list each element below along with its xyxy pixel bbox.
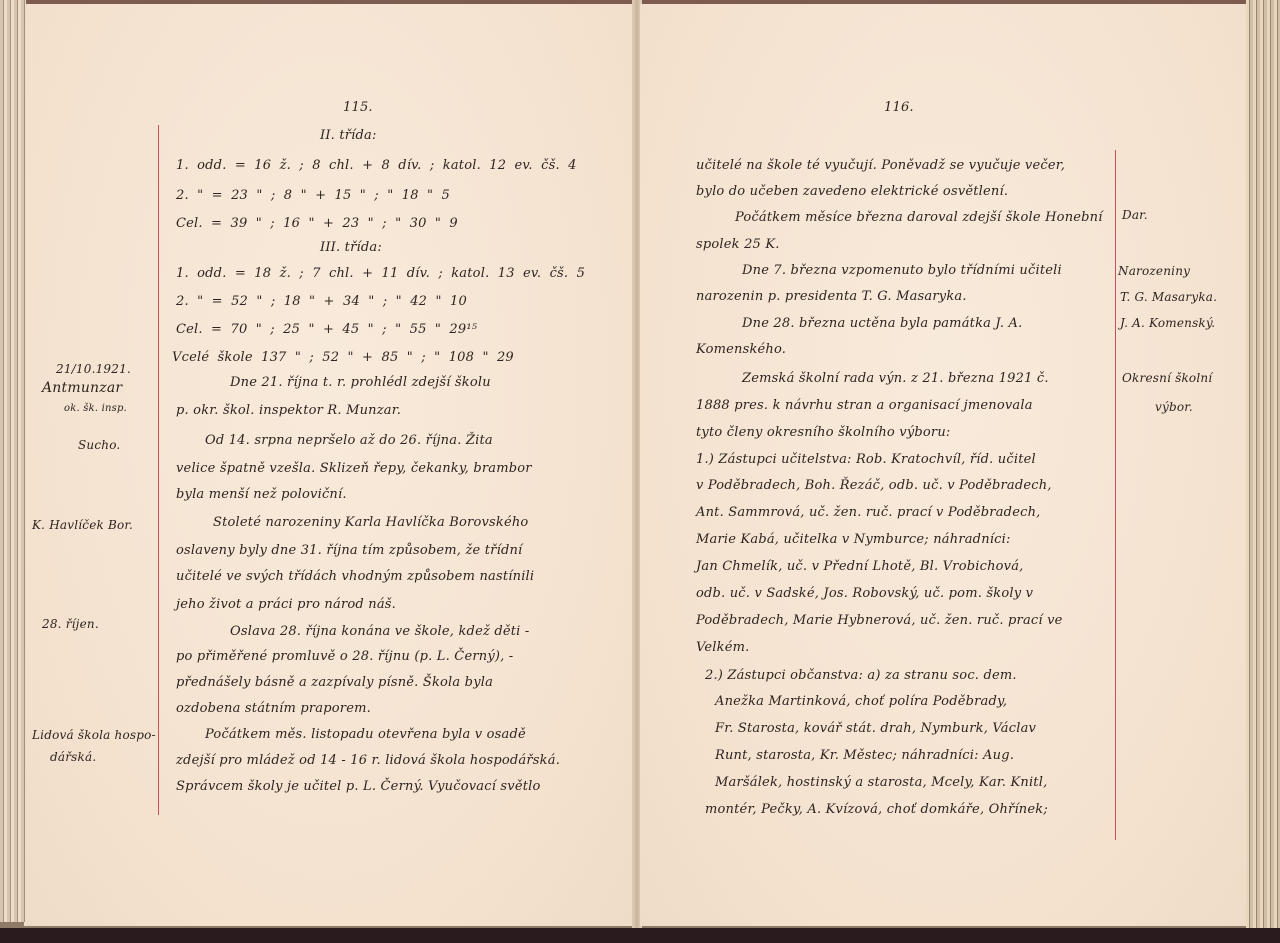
margin-note-inspector: ok. šk. insp. [64,403,127,414]
class-III-heading: III. třída: [320,240,382,255]
text-line: Poděbradech, Marie Hybnerová, uč. žen. r… [696,613,1063,628]
margin-note-date: 21/10.1921. [56,362,131,376]
background-bottom [0,928,1280,943]
margin-note-havlicek: K. Havlíček Bor. [32,518,133,532]
text-line: Dne 21. října t. r. prohlédl zdejší škol… [230,375,491,390]
table-row: Cel. = 39 " ; 16 " + 23 " ; " 30 " 9 [176,216,458,231]
margin-note-district-school: Okresní školní [1122,371,1212,385]
text-line: byla menší než poloviční. [176,487,347,502]
text-line: odb. uč. v Sadské, Jos. Robovský, uč. po… [696,586,1033,601]
text-line: Počátkem měsíce března daroval zdejší šk… [735,210,1103,225]
text-line: 1.) Zástupci učitelstva: Rob. Kratochvíl… [696,452,1036,467]
table-row: 2. " = 52 " ; 18 " + 34 " ; " 42 " 10 [176,294,467,309]
open-book: 115. II. třída: 1. odd. = 16 ž. ; 8 chl.… [0,0,1280,928]
margin-note-komensky: J. A. Komenský. [1120,316,1215,330]
text-line: bylo do učeben zavedeno elektrické osvět… [696,184,1008,199]
text-line: Jan Chmelík, uč. v Přední Lhotě, Bl. Vro… [696,559,1024,574]
margin-note-signature: Antmunzar [42,380,122,396]
text-line: montér, Pečky, A. Kvízová, choť domkáře,… [705,802,1048,817]
text-line: tyto členy okresního školního výboru: [696,425,950,440]
text-line: přednášely básně a zazpívaly písně. Škol… [176,675,493,690]
right-page-edges [1246,0,1280,928]
table-row: 2. " = 23 " ; 8 " + 15 " ; " 18 " 5 [176,188,450,203]
text-line: Fr. Starosta, kovář stát. drah, Nymburk,… [715,721,1036,736]
text-line: Stoleté narozeniny Karla Havlíčka Borovs… [213,515,528,530]
text-line: 2.) Zástupci občanstva: a) za stranu soc… [705,668,1017,683]
right-page-margin-rule [1115,150,1116,840]
text-line: velice špatně vzešla. Sklizeň řepy, čeka… [176,461,532,476]
left-page-edges [0,0,26,922]
text-line: Dne 28. března uctěna byla památka J. A. [742,316,1022,331]
text-line: p. okr. škol. inspektor R. Munzar. [176,403,401,418]
margin-note-masaryk: T. G. Masaryka. [1120,290,1217,304]
text-line: Oslava 28. října konána ve škole, kdež d… [230,624,529,639]
page-number-right: 116. [884,100,914,115]
text-line: Komenského. [696,342,786,357]
margin-note-committee: výbor. [1155,400,1193,414]
text-line: Od 14. srpna nepršelo až do 26. října. Ž… [205,433,493,448]
text-line: ozdobena státním praporem. [176,701,371,716]
margin-note-folk-school-cont: dářská. [50,750,96,764]
text-line: Maršálek, hostinský a starosta, Mcely, K… [715,775,1047,790]
left-page-margin-rule [158,125,159,815]
text-line: v Poděbradech, Boh. Řezáč, odb. uč. v Po… [696,478,1052,493]
text-line: učitelé na škole té vyučují. Poněvadž se… [696,158,1065,173]
table-row: 1. odd. = 16 ž. ; 8 chl. + 8 dív. ; kato… [176,158,577,173]
text-line: oslaveny byly dne 31. října tím způsobem… [176,543,522,558]
page-number-left: 115. [343,100,373,115]
margin-note-birthday: Narozeniny [1118,264,1190,278]
margin-note-drought: Sucho. [78,438,120,452]
text-line: Anežka Martinková, choť políra Poděbrady… [715,694,1007,709]
table-row: Cel. = 70 " ; 25 " + 45 " ; " 55 " 29¹⁵ [176,322,477,337]
text-line: spolek 25 K. [696,237,780,252]
text-line: narozenin p. presidenta T. G. Masaryka. [696,289,967,304]
text-line: Počátkem měs. listopadu otevřena byla v … [205,727,526,742]
text-line: jeho život a práci pro národ náš. [176,597,396,612]
class-II-heading: II. třída: [320,128,377,143]
table-row: Vcelé škole 137 " ; 52 " + 85 " ; " 108 … [172,350,514,365]
margin-note-folk-school: Lidová škola hospo- [32,728,156,742]
text-line: učitelé ve svých třídách vhodným způsobe… [176,569,534,584]
table-row: 1. odd. = 18 ž. ; 7 chl. + 11 dív. ; kat… [176,266,585,281]
text-line: Runt, starosta, Kr. Městec; náhradníci: … [715,748,1014,763]
text-line: po přiměřené promluvě o 28. říjnu (p. L.… [176,649,513,664]
text-line: Ant. Sammrová, uč. žen. ruč. prací v Pod… [696,505,1040,520]
text-line: Marie Kabá, učitelka v Nymburce; náhradn… [696,532,1011,547]
text-line: zdejší pro mládež od 14 - 16 r. lidová š… [176,753,560,768]
text-line: Dne 7. března vzpomenuto bylo třídními u… [742,263,1062,278]
text-line: Správcem školy je učitel p. L. Černý. Vy… [176,779,541,794]
text-line: 1888 pres. k návrhu stran a organisací j… [696,398,1033,413]
text-line: Velkém. [696,640,749,655]
margin-note-gift: Dar. [1122,208,1148,222]
margin-note-28-october: 28. říjen. [42,617,99,631]
text-line: Zemská školní rada výn. z 21. března 192… [742,371,1049,386]
